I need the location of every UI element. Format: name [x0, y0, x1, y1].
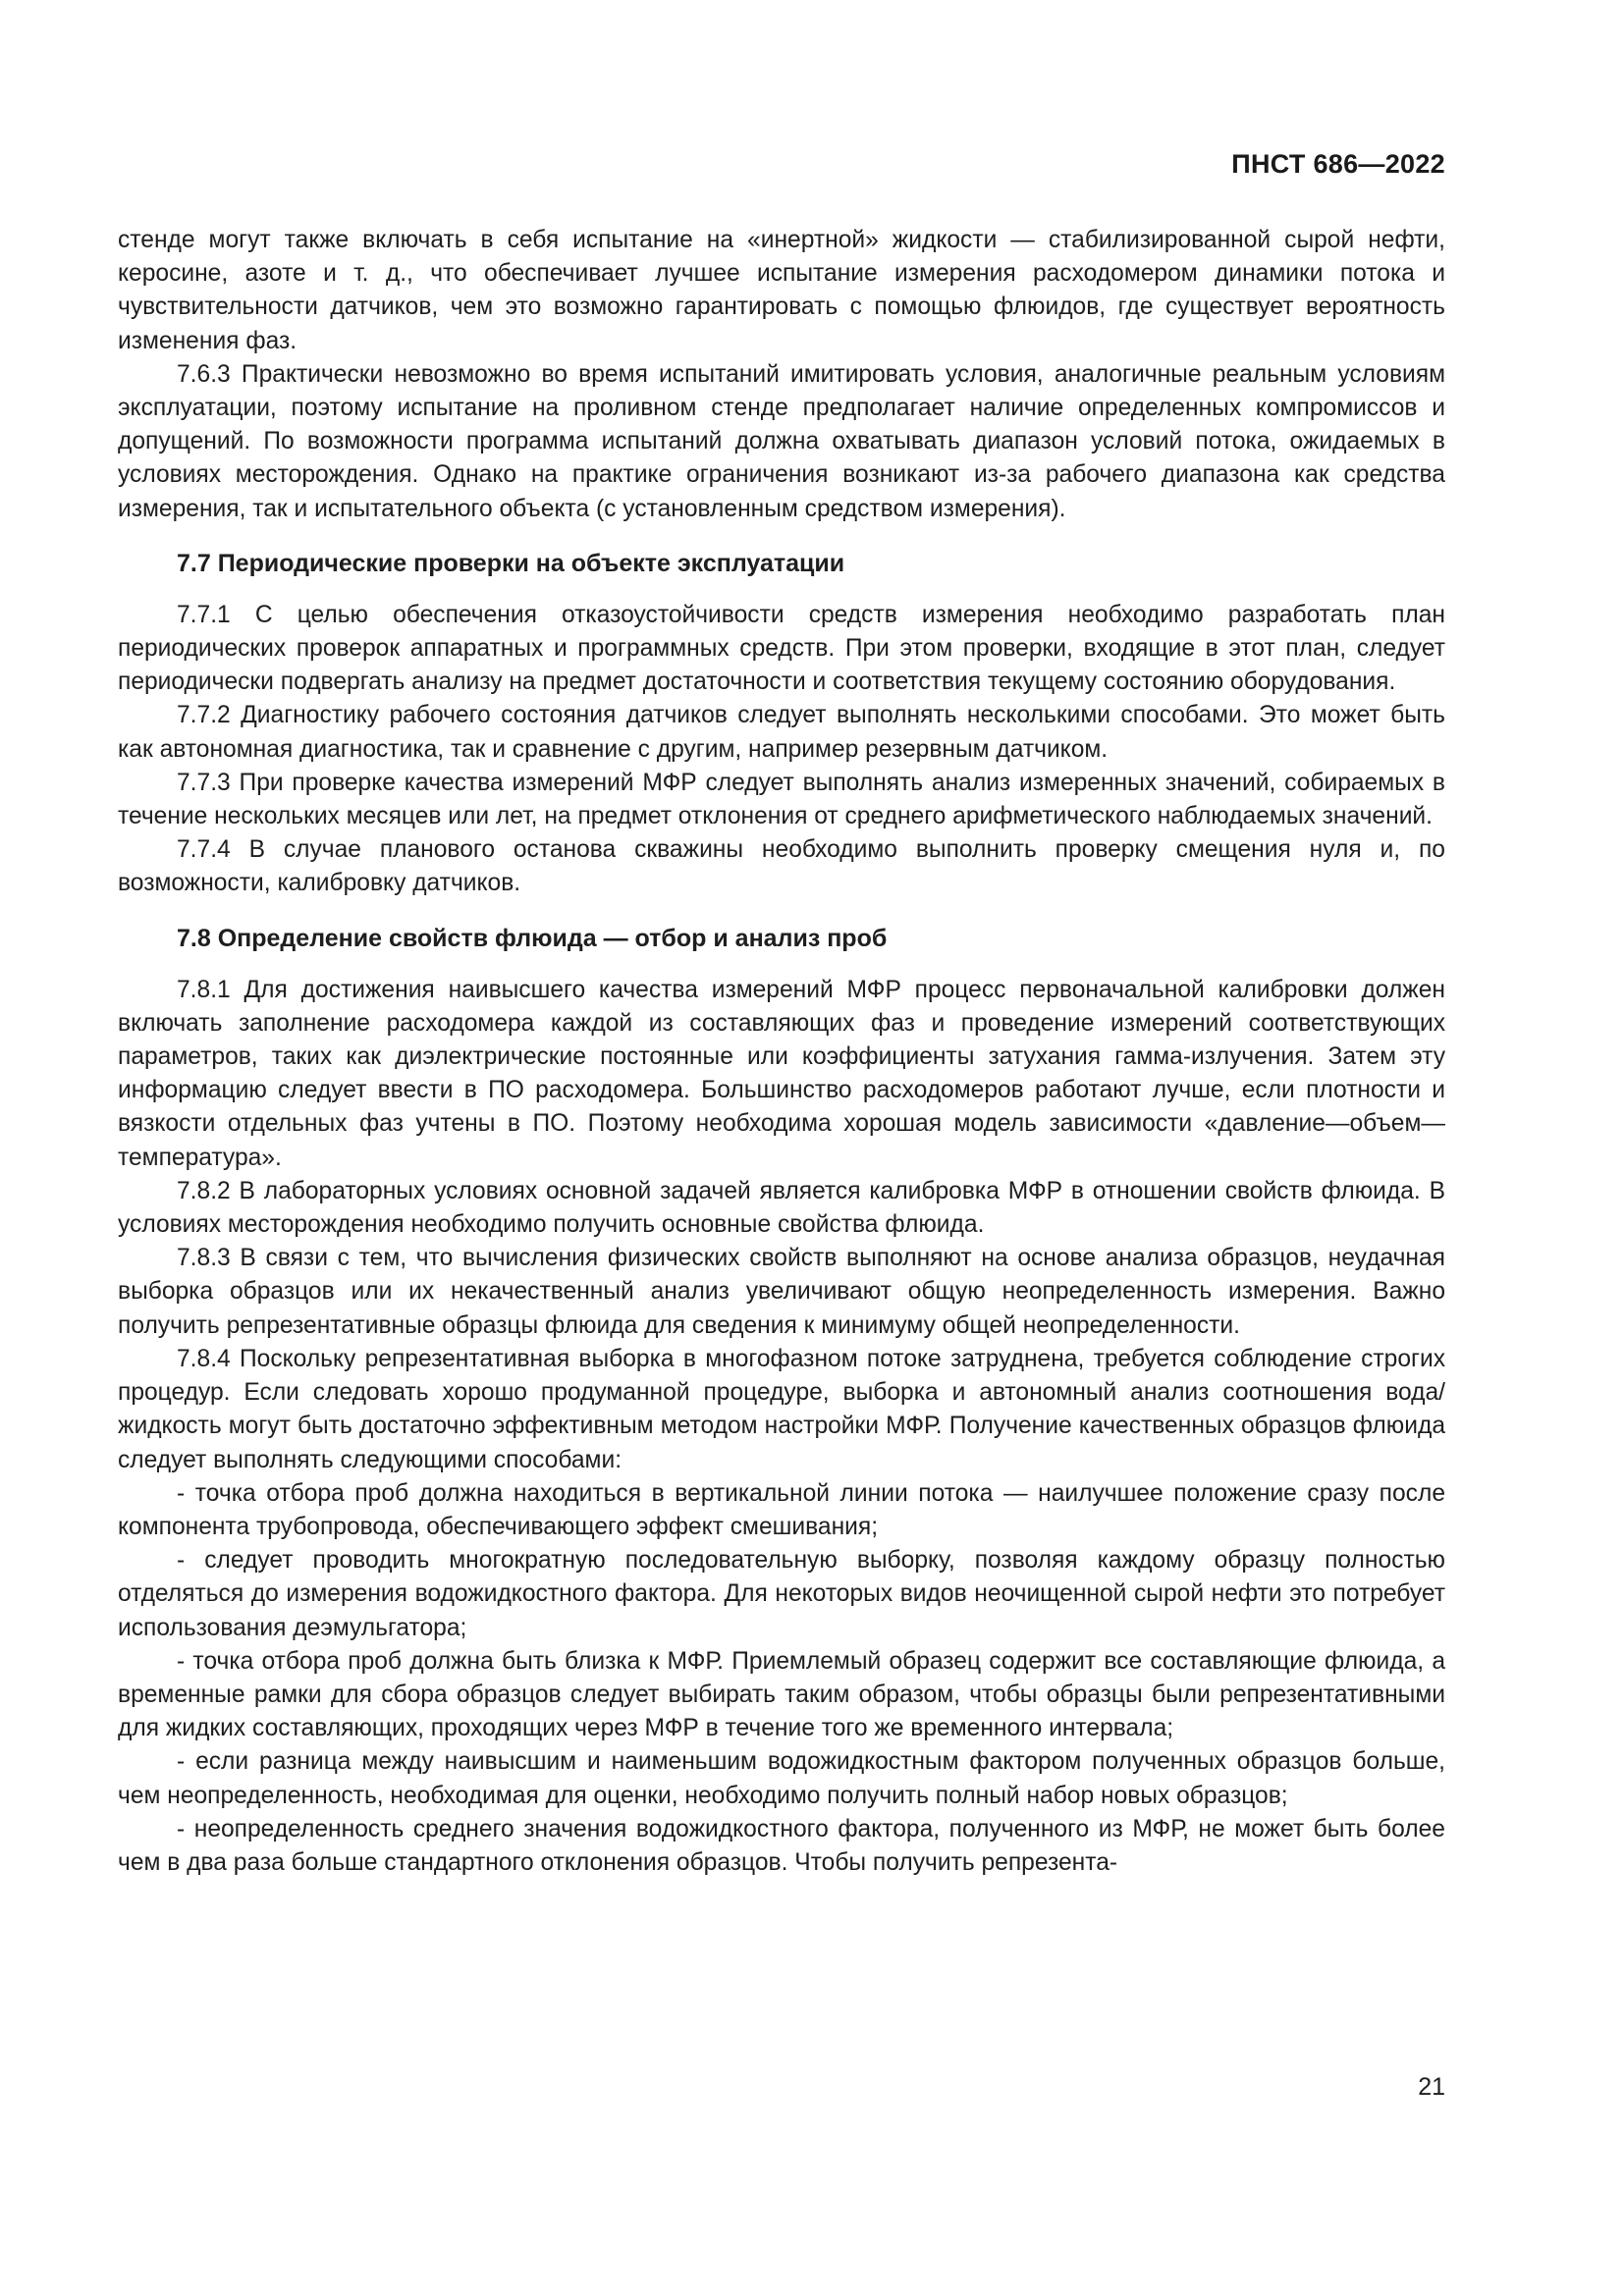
paragraph-7-7-1: 7.7.1 С целью обеспечения отказоустойчив… [118, 599, 1445, 700]
document-code: ПНСТ 686—2022 [1231, 149, 1445, 180]
paragraph-7-8-2: 7.8.2 В лабораторных условиях основной з… [118, 1175, 1445, 1242]
section-heading-7-8: 7.8 Определение свойств флюида — отбор и… [118, 923, 1445, 954]
list-item: - точка отбора проб должна быть близка к… [118, 1645, 1445, 1746]
document-page: ПНСТ 686—2022 стенде могут также включат… [118, 0, 1445, 2296]
paragraph-7-7-2: 7.7.2 Диагностику рабочего состояния дат… [118, 699, 1445, 766]
list-item: - если разница между наивысшим и наимень… [118, 1745, 1445, 1812]
page-number: 21 [1418, 2073, 1445, 2102]
paragraph-7-7-4: 7.7.4 В случае планового останова скважи… [118, 833, 1445, 900]
paragraph-7-8-3: 7.8.3 В связи с тем, что вычисления физи… [118, 1242, 1445, 1343]
paragraph-7-7-3: 7.7.3 При проверке качества измерений МФ… [118, 767, 1445, 833]
paragraph-continuation: стенде могут также включать в себя испыт… [118, 224, 1445, 358]
list-item: - следует проводить многократную последо… [118, 1544, 1445, 1645]
document-body: стенде могут также включать в себя испыт… [118, 224, 1445, 1880]
list-item: - точка отбора проб должна находиться в … [118, 1477, 1445, 1544]
paragraph-7-8-1: 7.8.1 Для достижения наивысшего качества… [118, 974, 1445, 1175]
list-item: - неопределенность среднего значения вод… [118, 1813, 1445, 1880]
paragraph-7-6-3: 7.6.3 Практически невозможно во время ис… [118, 358, 1445, 526]
paragraph-7-8-4: 7.8.4 Поскольку репрезентативная выборка… [118, 1343, 1445, 1477]
section-heading-7-7: 7.7 Периодические проверки на объекте эк… [118, 548, 1445, 579]
